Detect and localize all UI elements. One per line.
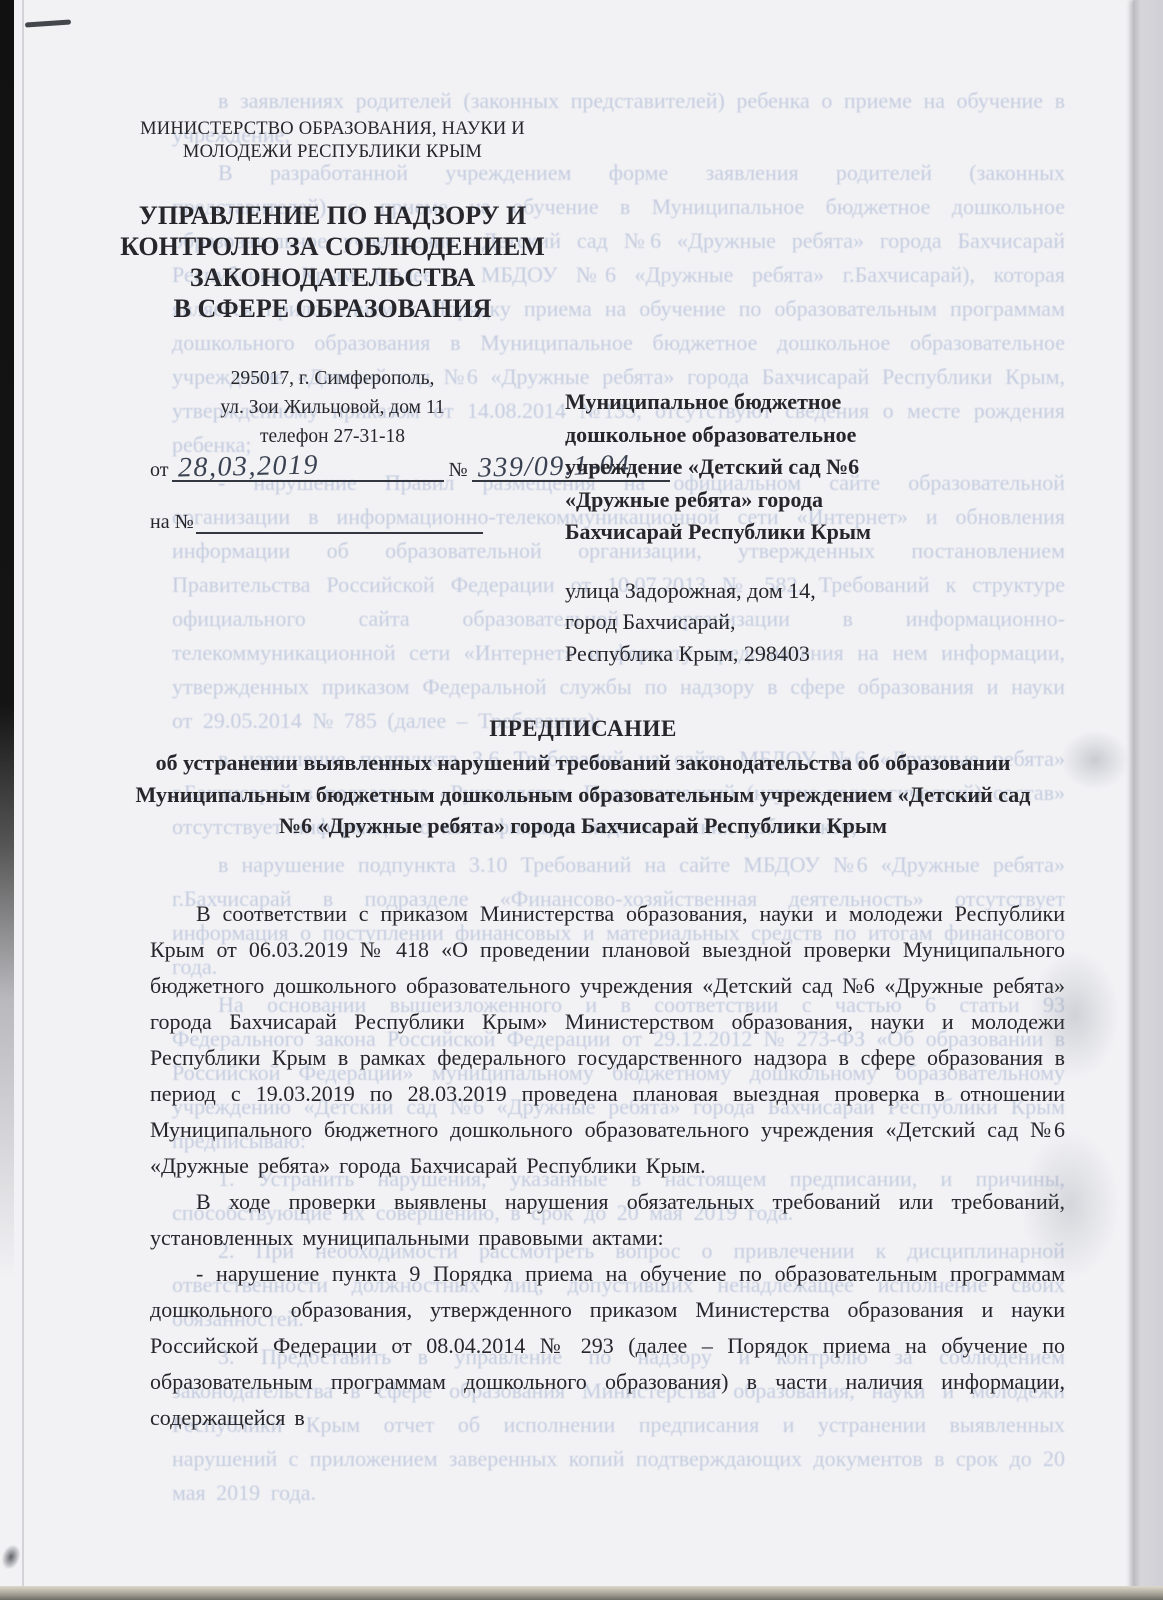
pen-mark [25,19,71,27]
recipient-name-line: дошкольное образовательное [565,419,1065,452]
body-paragraph: - нарушение пункта 9 Порядка приема на о… [150,1256,1065,1436]
incoming-ref-line [196,498,483,534]
department-name: УПРАВЛЕНИЕ ПО НАДЗОРУ И КОНТРОЛЮ ЗА СОБЛ… [90,200,575,324]
scanned-document-page: в заявлениях родителей (законных предста… [0,0,1163,1600]
document-subtitle: об устранении выявленных нарушений требо… [128,747,1038,842]
recipient-address-line: улица Задорожная, дом 14, [565,575,1065,607]
department-line: ЗАКОНОДАТЕЛЬСТВА [90,262,575,293]
smudge-mark [0,1542,24,1573]
outgoing-date-label: от [150,459,168,481]
recipient-name: Муниципальное бюджетное дошкольное образ… [565,386,1065,549]
body-paragraph: В соответствии с приказом Министерства о… [150,896,1065,1184]
incoming-reference-row: на № [150,498,487,534]
letterhead: МИНИСТЕРСТВО ОБРАЗОВАНИЯ, НАУКИ И МОЛОДЕ… [90,118,575,451]
recipient-block: Муниципальное бюджетное дошкольное образ… [565,386,1065,669]
department-line: В СФЕРЕ ОБРАЗОВАНИЯ [90,293,575,324]
document-title-block: ПРЕДПИСАНИЕ об устранении выявленных нар… [128,716,1038,842]
ministry-line: МОЛОДЕЖИ РЕСПУБЛИКИ КРЫМ [90,141,575,164]
recipient-name-line: «Дружные ребята» города [565,484,1065,517]
sender-address-line: ул. Зои Жильцовой, дом 11 [90,393,575,422]
body-paragraph: В ходе проверки выявлены нарушения обяза… [150,1184,1065,1256]
sender-address-line: 295017, г. Симферополь, [90,364,575,393]
recipient-name-line: Бахчисарай Республики Крым [565,516,1065,549]
recipient-address-line: Республика Крым, 298403 [565,638,1065,670]
handwritten-date: 28,03,2019 [178,450,320,485]
sender-address: 295017, г. Симферополь, ул. Зои Жильцово… [90,364,575,451]
outgoing-date-line: 28,03,2019 [172,446,444,482]
scanner-edge-bottom [0,1586,1163,1600]
incoming-ref-label: на № [150,511,194,533]
department-line: КОНТРОЛЮ ЗА СОБЛЮДЕНИЕМ [90,231,575,262]
document-title: ПРЕДПИСАНИЕ [128,716,1038,742]
document-body: В соответствии с приказом Министерства о… [150,896,1065,1436]
smudge-mark [1060,730,1130,790]
outgoing-number-label: № [448,459,467,481]
ministry-line: МИНИСТЕРСТВО ОБРАЗОВАНИЯ, НАУКИ И [90,118,575,141]
recipient-address: улица Задорожная, дом 14, город Бахчисар… [565,575,1065,670]
department-line: УПРАВЛЕНИЕ ПО НАДЗОРУ И [90,200,575,231]
recipient-name-line: учреждение «Детский сад №6 [565,451,1065,484]
page-edge-left-line [22,0,24,1600]
recipient-address-line: город Бахчисарай, [565,606,1065,638]
scanner-edge-left [0,0,14,1280]
scanner-edge-right [1133,0,1163,1600]
ministry-name: МИНИСТЕРСТВО ОБРАЗОВАНИЯ, НАУКИ И МОЛОДЕ… [90,118,575,164]
recipient-name-line: Муниципальное бюджетное [565,386,1065,419]
